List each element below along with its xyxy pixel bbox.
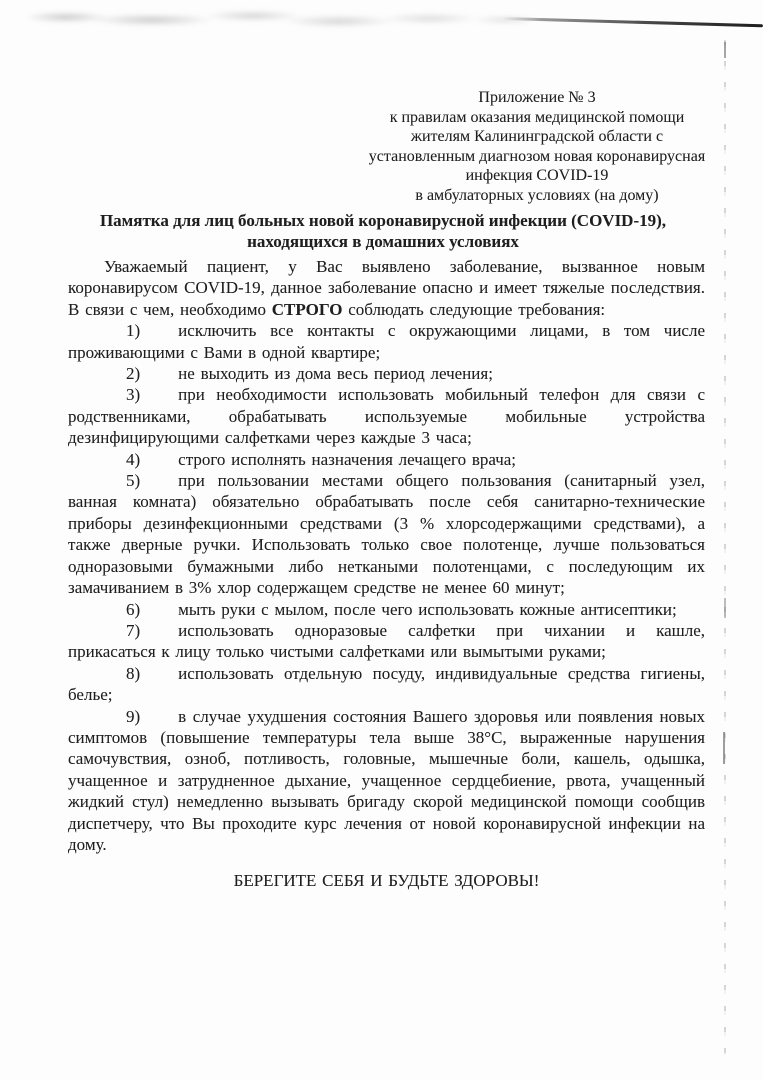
header-line: жителям Калининградской области с [322, 127, 752, 147]
intro-text-post: соблюдать следующие требования: [342, 300, 605, 319]
item-text: использовать отдельную посуду, индивидуа… [68, 664, 705, 704]
document-title: Памятка для лиц больных новой коронавиру… [63, 211, 703, 252]
scanned-document-page: Приложение № 3 к правилам оказания медиц… [0, 0, 763, 1080]
intro-bold-word: СТРОГО [272, 300, 343, 319]
requirement-item-6: 6)мыть руки с мылом, после чего использо… [68, 599, 705, 620]
scan-edge-dash [724, 598, 726, 618]
item-number: 9) [126, 707, 140, 726]
requirement-item-7: 7)использовать одноразовые салфетки при … [68, 620, 705, 663]
requirement-item-5: 5)при пользовании местами общего пользов… [68, 470, 705, 598]
requirement-item-9: 9)в случае ухудшения состояния Вашего зд… [68, 706, 705, 856]
intro-paragraph: Уважаемый пациент, у Вас выявлено заболе… [68, 256, 705, 320]
scan-smudge-artifact [26, 5, 531, 32]
scan-edge-dash [724, 42, 726, 58]
item-text: использовать одноразовые салфетки при чи… [68, 621, 705, 661]
item-number: 7) [126, 621, 140, 640]
item-text: не выходить из дома весь период лечения; [178, 364, 493, 383]
header-line: Приложение № 3 [322, 88, 752, 108]
appendix-header: Приложение № 3 к правилам оказания медиц… [322, 88, 752, 205]
item-text: мыть руки с мылом, после чего использова… [178, 600, 677, 619]
requirement-item-2: 2)не выходить из дома весь период лечени… [68, 363, 705, 384]
item-number: 4) [126, 450, 140, 469]
header-line: установленным диагнозом новая коронавиру… [322, 147, 752, 167]
item-number: 8) [126, 664, 140, 683]
item-number: 1) [126, 321, 140, 340]
requirement-item-1: 1)исключить все контакты с окружающими л… [68, 320, 705, 363]
scan-edge-dash [723, 732, 725, 764]
closing-line: БЕРЕГИТЕ СЕБЯ И БУДЬТЕ ЗДОРОВЫ! [68, 870, 705, 891]
item-number: 3) [126, 385, 140, 404]
header-line: инфекция COVID-19 [322, 166, 752, 186]
item-number: 5) [126, 471, 140, 490]
header-line: к правилам оказания медицинской помощи [322, 108, 752, 128]
requirement-item-4: 4)строго исполнять назначения лечащего в… [68, 449, 705, 470]
header-line: в амбулаторных условиях (на дому) [322, 186, 752, 206]
item-text: строго исполнять назначения лечащего вра… [178, 450, 516, 469]
item-text: в случае ухудшения состояния Вашего здор… [68, 707, 705, 854]
item-number: 6) [126, 600, 140, 619]
item-text: при необходимости использовать мобильный… [68, 385, 705, 447]
requirement-item-3: 3)при необходимости использовать мобильн… [68, 384, 705, 448]
item-text: при пользовании местами общего пользован… [68, 471, 705, 597]
requirement-item-8: 8)использовать отдельную посуду, индивид… [68, 663, 705, 706]
document-body: Уважаемый пациент, у Вас выявлено заболе… [68, 256, 705, 892]
item-number: 2) [126, 364, 140, 383]
item-text: исключить все контакты с окружающими лиц… [68, 321, 705, 361]
scan-diagonal-line-artifact [503, 17, 763, 27]
